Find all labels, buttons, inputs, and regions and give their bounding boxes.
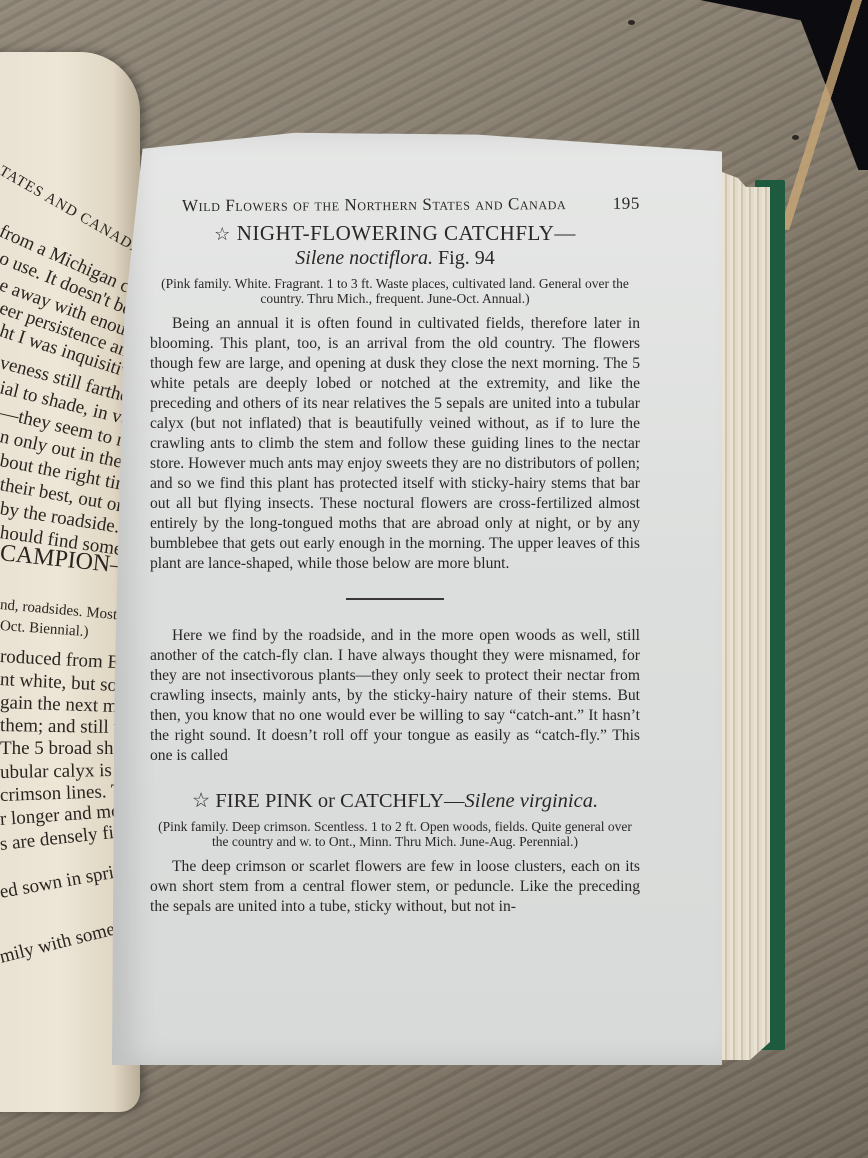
intro-paragraph: Here we find by the roadside, and in the… [150, 626, 640, 766]
entry-meta: (Pink family. White. Fragrant. 1 to 3 ft… [150, 276, 640, 306]
star-icon: ☆ [214, 224, 231, 244]
scientific-name: Silene noctiflora. [295, 247, 433, 269]
page-number: 195 [613, 194, 640, 214]
figure-reference: Fig. 94 [438, 247, 495, 269]
entry-title: ☆ FIRE PINK or CATCHFLY—Silene virginica… [150, 788, 640, 813]
nail-hole [792, 135, 799, 140]
right-page-content: Wild Flowers of the Northern States and … [150, 195, 640, 917]
running-head: Wild Flowers of the Northern States and … [150, 194, 640, 217]
wooden-board-edge [772, 0, 868, 230]
entry-meta: (Pink family. Deep crimson. Scentless. 1… [150, 819, 640, 849]
running-head-title: Wild Flowers of the Northern States and … [182, 194, 566, 216]
section-divider [346, 598, 444, 600]
entry-paragraph: Being an annual it is often found in cul… [150, 314, 640, 574]
star-icon: ☆ [192, 790, 210, 812]
entry-paragraph: The deep crimson or scarlet flowers are … [150, 857, 640, 917]
nail-hole [628, 20, 635, 25]
left-meta-line: Oct. Biennial.) [0, 618, 89, 641]
entry-scientific-line: Silene noctiflora. Fig. 94 [150, 246, 640, 270]
entry-common-name: NIGHT-FLOWERING CATCHFLY— [237, 221, 576, 245]
entry-title: ☆NIGHT-FLOWERING CATCHFLY— [150, 221, 640, 246]
entry-common-name: FIRE PINK or CATCHFLY— [215, 790, 464, 812]
scientific-name: Silene virginica. [465, 790, 599, 812]
